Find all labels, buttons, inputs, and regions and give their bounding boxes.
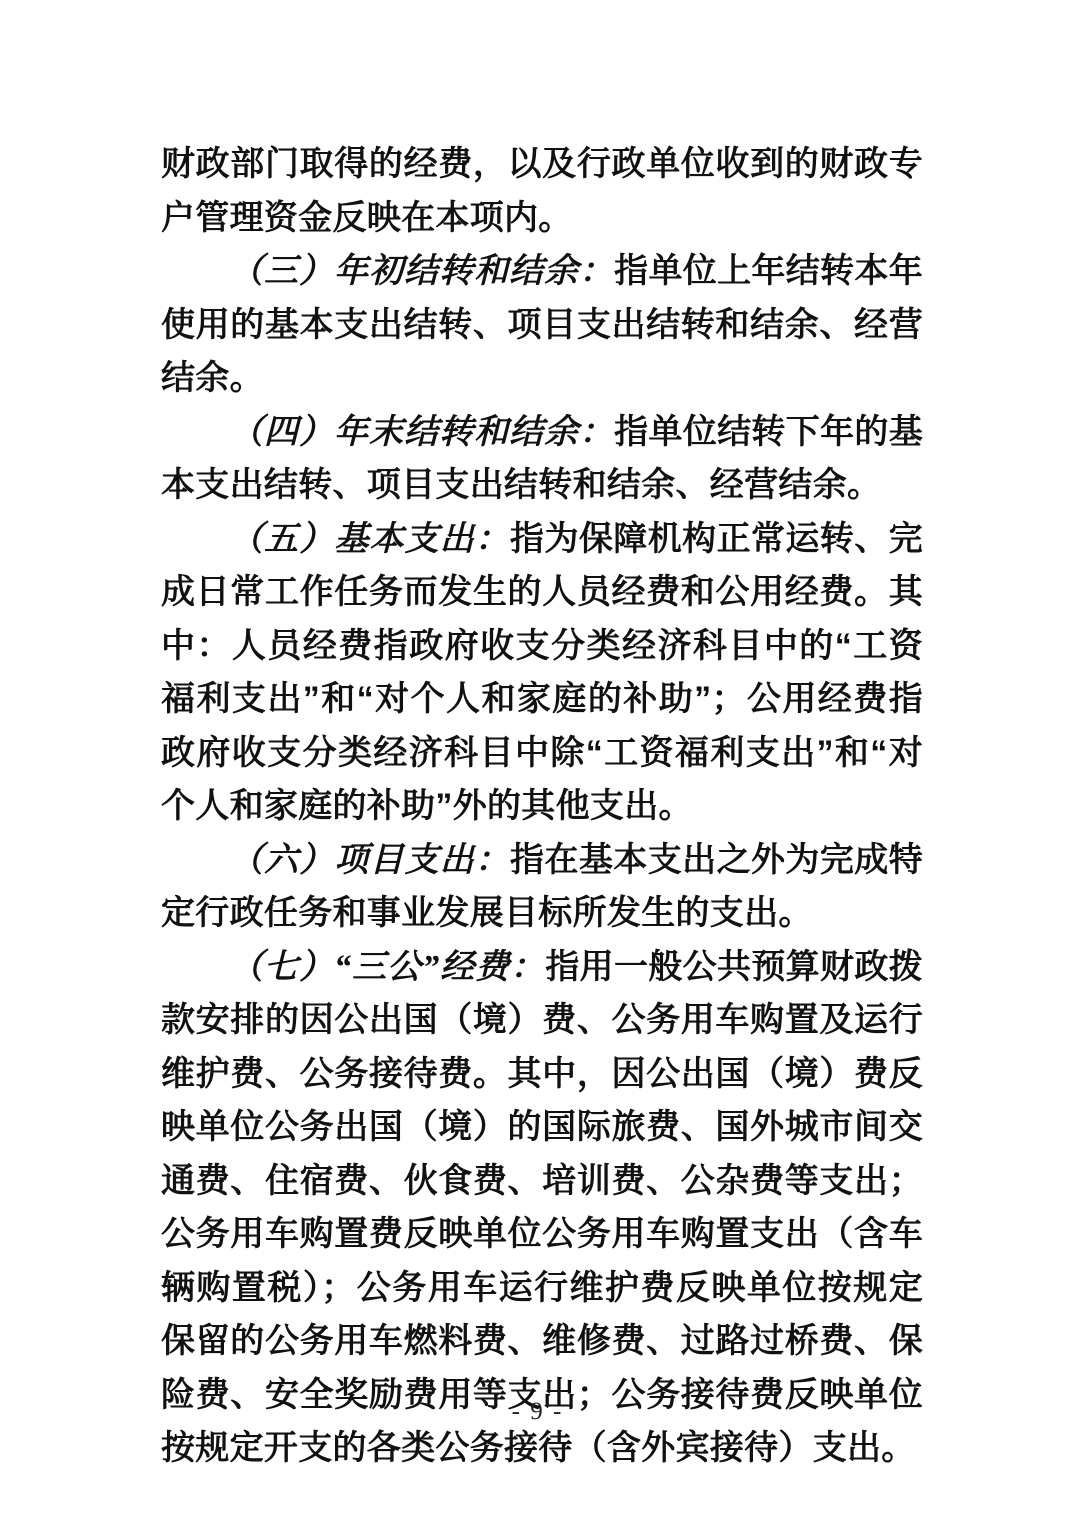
document-body: 财政部门取得的经费，以及行政单位收到的财政专户管理资金反映在本项内。 （三）年初… [161,138,923,1476]
paragraph-body: 财政部门取得的经费，以及行政单位收到的财政专户管理资金反映在本项内。 [161,145,923,237]
page-number: - 9 - [0,1398,1075,1426]
paragraph-head: （三）年初结转和结余： [229,253,614,290]
paragraph: 财政部门取得的经费，以及行政单位收到的财政专户管理资金反映在本项内。 [161,138,923,245]
paragraph-head: （六）项目支出： [229,842,510,879]
paragraph: （三）年初结转和结余：指单位上年结转本年使用的基本支出结转、项目支出结转和结余、… [161,245,923,406]
paragraph-head: （七）“三公”经费： [229,949,545,986]
paragraph: （四）年末结转和结余：指单位结转下年的基本支出结转、项目支出结转和结余、经营结余… [161,406,923,513]
paragraph: （七）“三公”经费：指用一般公共预算财政拨款安排的因公出国（境）费、公务用车购置… [161,941,923,1476]
paragraph: （六）项目支出：指在基本支出之外为完成特定行政任务和事业发展目标所发生的支出。 [161,834,923,941]
paragraph-body: 指用一般公共预算财政拨款安排的因公出国（境）费、公务用车购置及运行维护费、公务接… [161,948,923,1468]
paragraph-head: （五）基本支出： [229,521,510,558]
paragraph: （五）基本支出：指为保障机构正常运转、完成日常工作任务而发生的人员经费和公用经费… [161,513,923,834]
paragraph-head: （四）年末结转和结余： [229,414,614,451]
document-page: 财政部门取得的经费，以及行政单位收到的财政专户管理资金反映在本项内。 （三）年初… [0,0,1075,1520]
paragraph-body: 指为保障机构正常运转、完成日常工作任务而发生的人员经费和公用经费。其中：人员经费… [161,520,923,826]
